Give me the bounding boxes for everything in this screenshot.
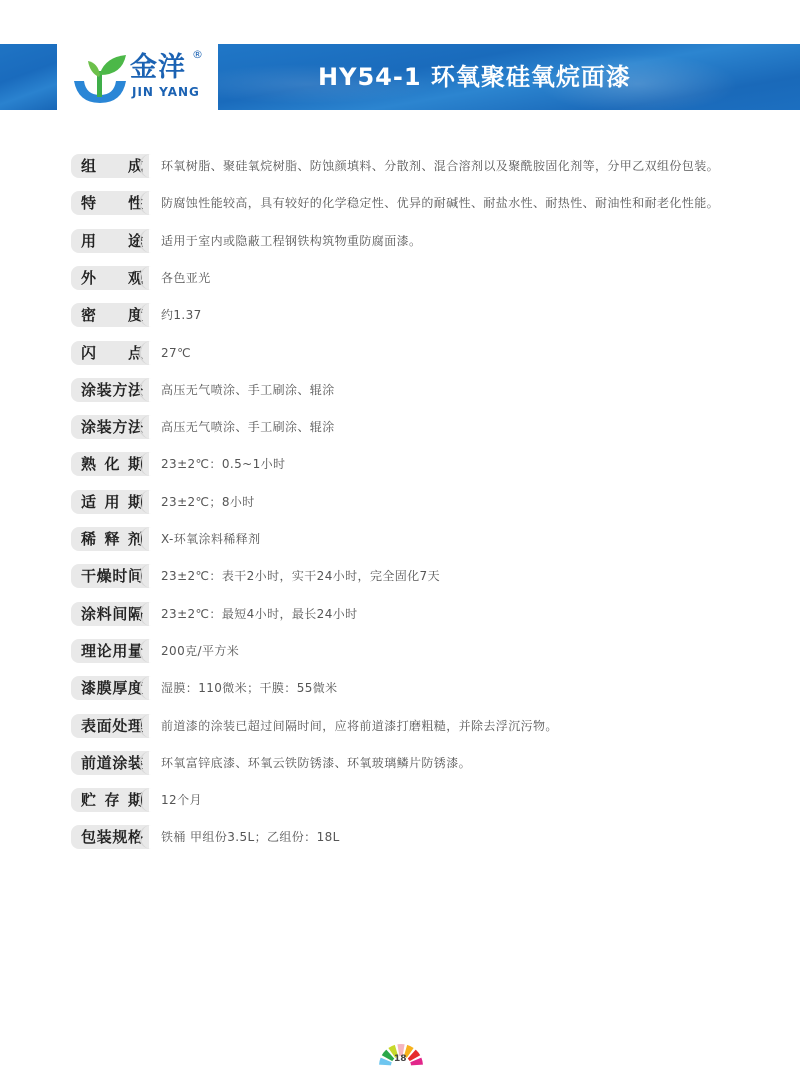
spec-label-pill: 贮存期: [71, 788, 149, 812]
spec-row: 涂装方法高压无气喷涂、手工刷涂、辊涂: [71, 378, 771, 402]
spec-label: 干燥时间: [81, 567, 143, 585]
spec-value: 约1.37: [161, 307, 202, 323]
spec-row: 用途适用于室内或隐蔽工程钢铁构筑物重防腐面漆。: [71, 229, 771, 253]
spec-label-char: 格: [128, 828, 143, 846]
spec-row: 前道涂装环氧富锌底漆、环氧云铁防锈漆、环氧玻璃鳞片防锈漆。: [71, 751, 771, 775]
spec-label: 涂装方法: [81, 418, 143, 436]
spec-label-char: 前: [81, 754, 96, 772]
spec-label-char: 适: [81, 493, 96, 511]
spec-label-char: 膜: [97, 679, 112, 697]
spec-label-char: 装: [97, 828, 112, 846]
spec-label-char: 化: [104, 455, 119, 473]
brand-name-en: JIN YANG: [132, 85, 200, 99]
spec-label-pill: 适用期: [71, 490, 149, 514]
page-footer: 18: [376, 1040, 426, 1066]
spec-label: 前道涂装: [81, 754, 143, 772]
spec-label: 漆膜厚度: [81, 679, 143, 697]
spec-label-char: 期: [128, 455, 143, 473]
spec-value: 高压无气喷涂、手工刷涂、辊涂: [161, 419, 335, 435]
spec-row: 表面处理前道漆的涂装已超过间隔时间，应将前道漆打磨粗糙，并除去浮沉污物。: [71, 714, 771, 738]
spec-row: 包装规格铁桶 甲组份3.5L；乙组份：18L: [71, 825, 771, 849]
spec-label-char: 隔: [128, 605, 143, 623]
spec-label-pill: 前道涂装: [71, 751, 149, 775]
spec-label: 稀释剂: [81, 530, 143, 548]
spec-label: 适用期: [81, 493, 143, 511]
spec-label-char: 面: [97, 717, 112, 735]
spec-value: 适用于室内或隐蔽工程钢铁构筑物重防腐面漆。: [161, 233, 421, 249]
spec-label-char: 包: [81, 828, 96, 846]
spec-label-char: 理: [128, 717, 143, 735]
spec-label-pill: 组成: [71, 154, 149, 178]
spec-label-char: 时: [112, 567, 127, 585]
spec-label-char: 方: [112, 418, 127, 436]
product-title: HY54-1 环氧聚硅氧烷面漆: [318, 62, 631, 92]
spec-value: 各色亚光: [161, 270, 211, 286]
spec-label-char: 组: [81, 157, 96, 175]
spec-label: 密度: [81, 306, 143, 324]
spec-label-char: 稀: [81, 530, 96, 548]
spec-label: 涂装方法: [81, 381, 143, 399]
spec-label-pill: 闪点: [71, 341, 149, 365]
spec-label-pill: 表面处理: [71, 714, 149, 738]
spec-label-pill: 稀释剂: [71, 527, 149, 551]
spec-value: 27℃: [161, 345, 191, 361]
spec-label-pill: 包装规格: [71, 825, 149, 849]
spec-value: 防腐蚀性能较高，具有较好的化学稳定性、优异的耐碱性、耐盐水性、耐热性、耐油性和耐…: [161, 195, 719, 211]
spec-label-pill: 外观: [71, 266, 149, 290]
spec-row: 外观各色亚光: [71, 266, 771, 290]
spec-label-char: 观: [128, 269, 143, 287]
spec-label-char: 成: [128, 157, 143, 175]
spec-label-char: 干: [81, 567, 96, 585]
spec-row: 闪点27℃: [71, 341, 771, 365]
spec-label: 组成: [81, 157, 143, 175]
spec-row: 涂料间隔23±2℃：最短4小时，最长24小时: [71, 602, 771, 626]
spec-value: 23±2℃：0.5~1小时: [161, 456, 285, 472]
spec-label-char: 涂: [112, 754, 127, 772]
page-number: 18: [394, 1054, 407, 1064]
spec-label-char: 燥: [97, 567, 112, 585]
spec-label-char: 剂: [128, 530, 143, 548]
spec-label: 涂料间隔: [81, 605, 143, 623]
spec-label-char: 处: [112, 717, 127, 735]
spec-label-char: 密: [81, 306, 96, 324]
spec-label-char: 熟: [81, 455, 96, 473]
spec-row: 熟化期23±2℃：0.5~1小时: [71, 452, 771, 476]
spec-label-pill: 涂装方法: [71, 415, 149, 439]
spec-label-char: 道: [97, 754, 112, 772]
spec-label-pill: 涂装方法: [71, 378, 149, 402]
spec-label-char: 闪: [81, 344, 96, 362]
spec-value: 前道漆的涂装已超过间隔时间，应将前道漆打磨粗糙，并除去浮沉污物。: [161, 718, 558, 734]
spec-label-char: 方: [112, 381, 127, 399]
spec-label-char: 装: [97, 381, 112, 399]
sprout-logo-icon: [70, 53, 130, 105]
spec-row: 理论用量200克/平方米: [71, 639, 771, 663]
spec-label: 用途: [81, 232, 143, 250]
spec-row: 组成环氧树脂、聚硅氧烷树脂、防蚀颜填料、分散剂、混合溶剂以及聚酰胺固化剂等，分甲…: [71, 154, 771, 178]
spec-label-pill: 漆膜厚度: [71, 676, 149, 700]
spec-label-char: 点: [128, 344, 143, 362]
spec-value: 高压无气喷涂、手工刷涂、辊涂: [161, 382, 335, 398]
spec-row: 稀释剂X-环氧涂料稀释剂: [71, 527, 771, 551]
spec-value: 200克/平方米: [161, 643, 239, 659]
spec-label-char: 释: [104, 530, 119, 548]
spec-value: 12个月: [161, 792, 202, 808]
spec-label-char: 量: [128, 642, 143, 660]
spec-label-char: 涂: [81, 418, 96, 436]
spec-label-pill: 密度: [71, 303, 149, 327]
spec-label-char: 装: [128, 754, 143, 772]
spec-value: 湿膜：110微米；干膜：55微米: [161, 680, 338, 696]
spec-label-char: 漆: [81, 679, 96, 697]
spec-label-char: 用: [104, 493, 119, 511]
spec-label-char: 料: [97, 605, 112, 623]
spec-label-pill: 干燥时间: [71, 564, 149, 588]
spec-label: 熟化期: [81, 455, 143, 473]
spec-value: 23±2℃：表干2小时，实干24小时，完全固化7天: [161, 568, 440, 584]
spec-row: 特性防腐蚀性能较高，具有较好的化学稳定性、优异的耐碱性、耐盐水性、耐热性、耐油性…: [71, 191, 771, 215]
spec-label-char: 用: [81, 232, 96, 250]
spec-label-char: 规: [112, 828, 127, 846]
spec-row: 涂装方法高压无气喷涂、手工刷涂、辊涂: [71, 415, 771, 439]
brand-name-cn: 金洋: [130, 52, 186, 84]
spec-label-char: 贮: [81, 791, 96, 809]
spec-row: 适用期23±2℃；8小时: [71, 490, 771, 514]
spec-row: 贮存期12个月: [71, 788, 771, 812]
spec-label: 表面处理: [81, 717, 143, 735]
spec-label-char: 法: [128, 381, 143, 399]
spec-label-char: 途: [128, 232, 143, 250]
spec-label-pill: 特性: [71, 191, 149, 215]
spec-row: 干燥时间23±2℃：表干2小时，实干24小时，完全固化7天: [71, 564, 771, 588]
spec-value: 环氧富锌底漆、环氧云铁防锈漆、环氧玻璃鳞片防锈漆。: [161, 755, 471, 771]
spec-label-char: 涂: [81, 381, 96, 399]
spec-value: 23±2℃：最短4小时，最长24小时: [161, 606, 358, 622]
header-banner: HY54-1 环氧聚硅氧烷面漆: [218, 44, 800, 110]
spec-row: 密度约1.37: [71, 303, 771, 327]
spec-value: X-环氧涂料稀释剂: [161, 531, 261, 547]
spec-label: 特性: [81, 194, 143, 212]
spec-label-char: 涂: [81, 605, 96, 623]
spec-label-char: 间: [112, 605, 127, 623]
spec-label-pill: 理论用量: [71, 639, 149, 663]
spec-value: 环氧树脂、聚硅氧烷树脂、防蚀颜填料、分散剂、混合溶剂以及聚酰胺固化剂等，分甲乙双…: [161, 158, 719, 174]
spec-value: 铁桶 甲组份3.5L；乙组份：18L: [161, 829, 340, 845]
spec-label-char: 特: [81, 194, 96, 212]
spec-label-char: 期: [128, 493, 143, 511]
spec-label-pill: 用途: [71, 229, 149, 253]
spec-value: 23±2℃；8小时: [161, 494, 255, 510]
spec-label: 包装规格: [81, 828, 143, 846]
spec-label-pill: 涂料间隔: [71, 602, 149, 626]
header-banner-left: [0, 44, 57, 110]
registered-mark: ®: [192, 48, 203, 61]
spec-label-pill: 熟化期: [71, 452, 149, 476]
spec-label-char: 表: [81, 717, 96, 735]
spec-label: 外观: [81, 269, 143, 287]
spec-label-char: 期: [128, 791, 143, 809]
spec-label-char: 装: [97, 418, 112, 436]
spec-label-char: 理: [81, 642, 96, 660]
spec-row: 漆膜厚度湿膜：110微米；干膜：55微米: [71, 676, 771, 700]
spec-label: 闪点: [81, 344, 143, 362]
spec-label-char: 性: [128, 194, 143, 212]
spec-label-char: 论: [97, 642, 112, 660]
brand-logo: 金洋 ® JIN YANG: [70, 48, 215, 108]
spec-label-char: 法: [128, 418, 143, 436]
spec-label-char: 度: [128, 306, 143, 324]
spec-label-char: 间: [128, 567, 143, 585]
spec-label: 贮存期: [81, 791, 143, 809]
spec-label-char: 厚: [112, 679, 127, 697]
spec-label-char: 度: [128, 679, 143, 697]
spec-label-char: 外: [81, 269, 96, 287]
spec-label: 理论用量: [81, 642, 143, 660]
spec-label-char: 用: [112, 642, 127, 660]
spec-label-char: 存: [104, 791, 119, 809]
